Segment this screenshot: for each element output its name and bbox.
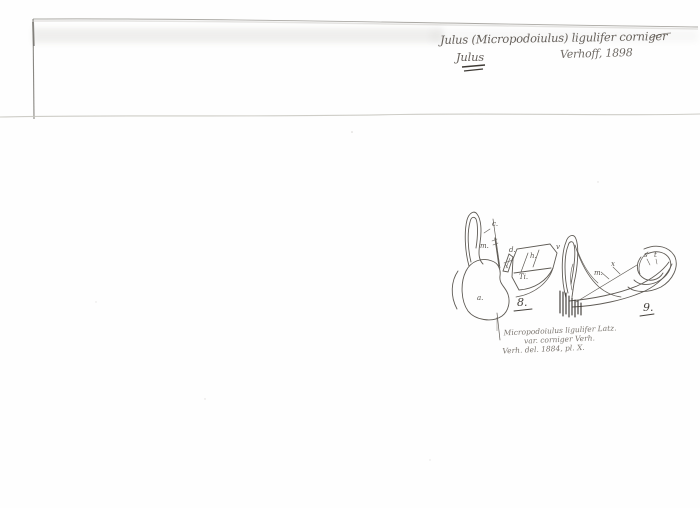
figure-8-sketch xyxy=(452,212,557,340)
fig9-label-x: x xyxy=(611,260,615,268)
fig9-label-t: t xyxy=(654,251,657,259)
scan-graphics: c. m. d. h. Ti. a. 8. xyxy=(0,0,700,508)
scanned-sheet: c. m. d. h. Ti. a. 8. xyxy=(0,0,700,508)
figure-caption: Micropodoiulus ligulifer Latz. var. corn… xyxy=(499,323,617,355)
top-smudge-band xyxy=(33,28,443,43)
fig8-label-d: d. xyxy=(509,246,516,254)
fig9-hatched-fringe xyxy=(560,291,581,317)
fig8-label-ti: Ti. xyxy=(519,273,528,281)
figure-8-labels: c. m. d. h. Ti. a. 8. xyxy=(477,220,537,309)
handwritten-genus-note: Julus xyxy=(456,50,484,64)
figure-9-labels: v m. x s t 9. xyxy=(556,243,657,314)
fig8-number: 8. xyxy=(517,296,528,309)
scan-artifacts xyxy=(0,19,700,461)
handwritten-authority-date: Verhoff, 1898 xyxy=(560,46,633,61)
fig9-number-underline xyxy=(640,314,654,316)
fig8-basal-lobe xyxy=(462,259,509,319)
fig8-number-underline xyxy=(514,309,532,311)
faded-ruled-line xyxy=(0,114,700,117)
fig8-label-c: c. xyxy=(492,220,498,228)
fig9-label-s: s xyxy=(644,251,648,259)
genus-double-underline xyxy=(462,65,485,67)
fig8-blade xyxy=(512,244,557,290)
fig9-label-m: m. xyxy=(594,269,603,277)
fig9-label-v: v xyxy=(556,243,560,251)
fig9-number: 9. xyxy=(643,301,654,314)
fig8-label-m: m. xyxy=(480,242,489,250)
fig8-label-h: h. xyxy=(530,252,537,260)
fig8-label-a: a. xyxy=(477,294,483,302)
fig9-crescent-outer xyxy=(628,246,676,291)
fig8-left-arc xyxy=(452,271,458,309)
figure-9-sketch xyxy=(560,235,676,317)
